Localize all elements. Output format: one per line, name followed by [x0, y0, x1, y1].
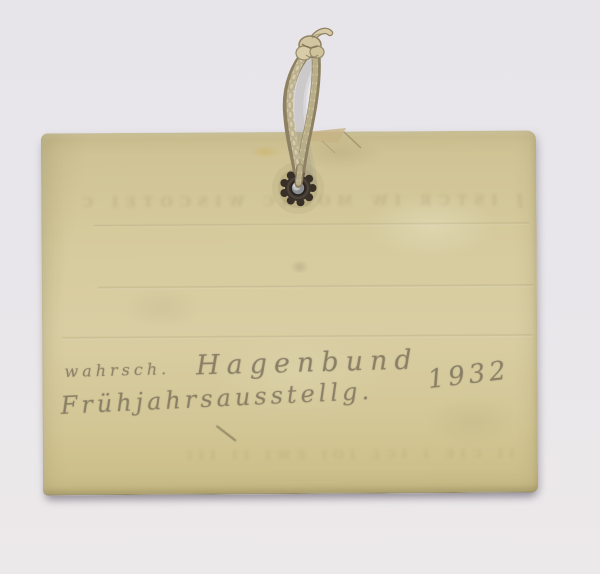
photograph: J ISTCR IW MODAC WISCOTEI C wahrsch.Hage… [0, 0, 600, 574]
graphite-mark [216, 425, 237, 442]
handwriting-word-wahrsch: wahrsch. [64, 359, 170, 381]
embossed-rule-line-3 [62, 335, 532, 340]
embossed-rule-line-2 [98, 285, 534, 290]
tag-card: J ISTCR IW MODAC WISCOTEI C wahrsch.Hage… [41, 130, 538, 495]
string-knot [296, 31, 330, 60]
handwriting-line-2: Frühjahrsausstellg. 1932 [60, 377, 374, 420]
ghost-print-line-1: J ISTCR IW MODAC WISCOTEI C [61, 193, 523, 212]
ghost-print-line-2: II CIE I ICL IOI EWI II III [75, 447, 515, 464]
handwriting-year: 1932 [426, 356, 511, 395]
embossed-rule-line-1 [93, 223, 529, 228]
handwriting-word-hagenbund: Hagenbund [196, 345, 419, 382]
handwriting-word-fruehjahrsausstellung: Frühjahrsausstellg. [60, 377, 374, 420]
